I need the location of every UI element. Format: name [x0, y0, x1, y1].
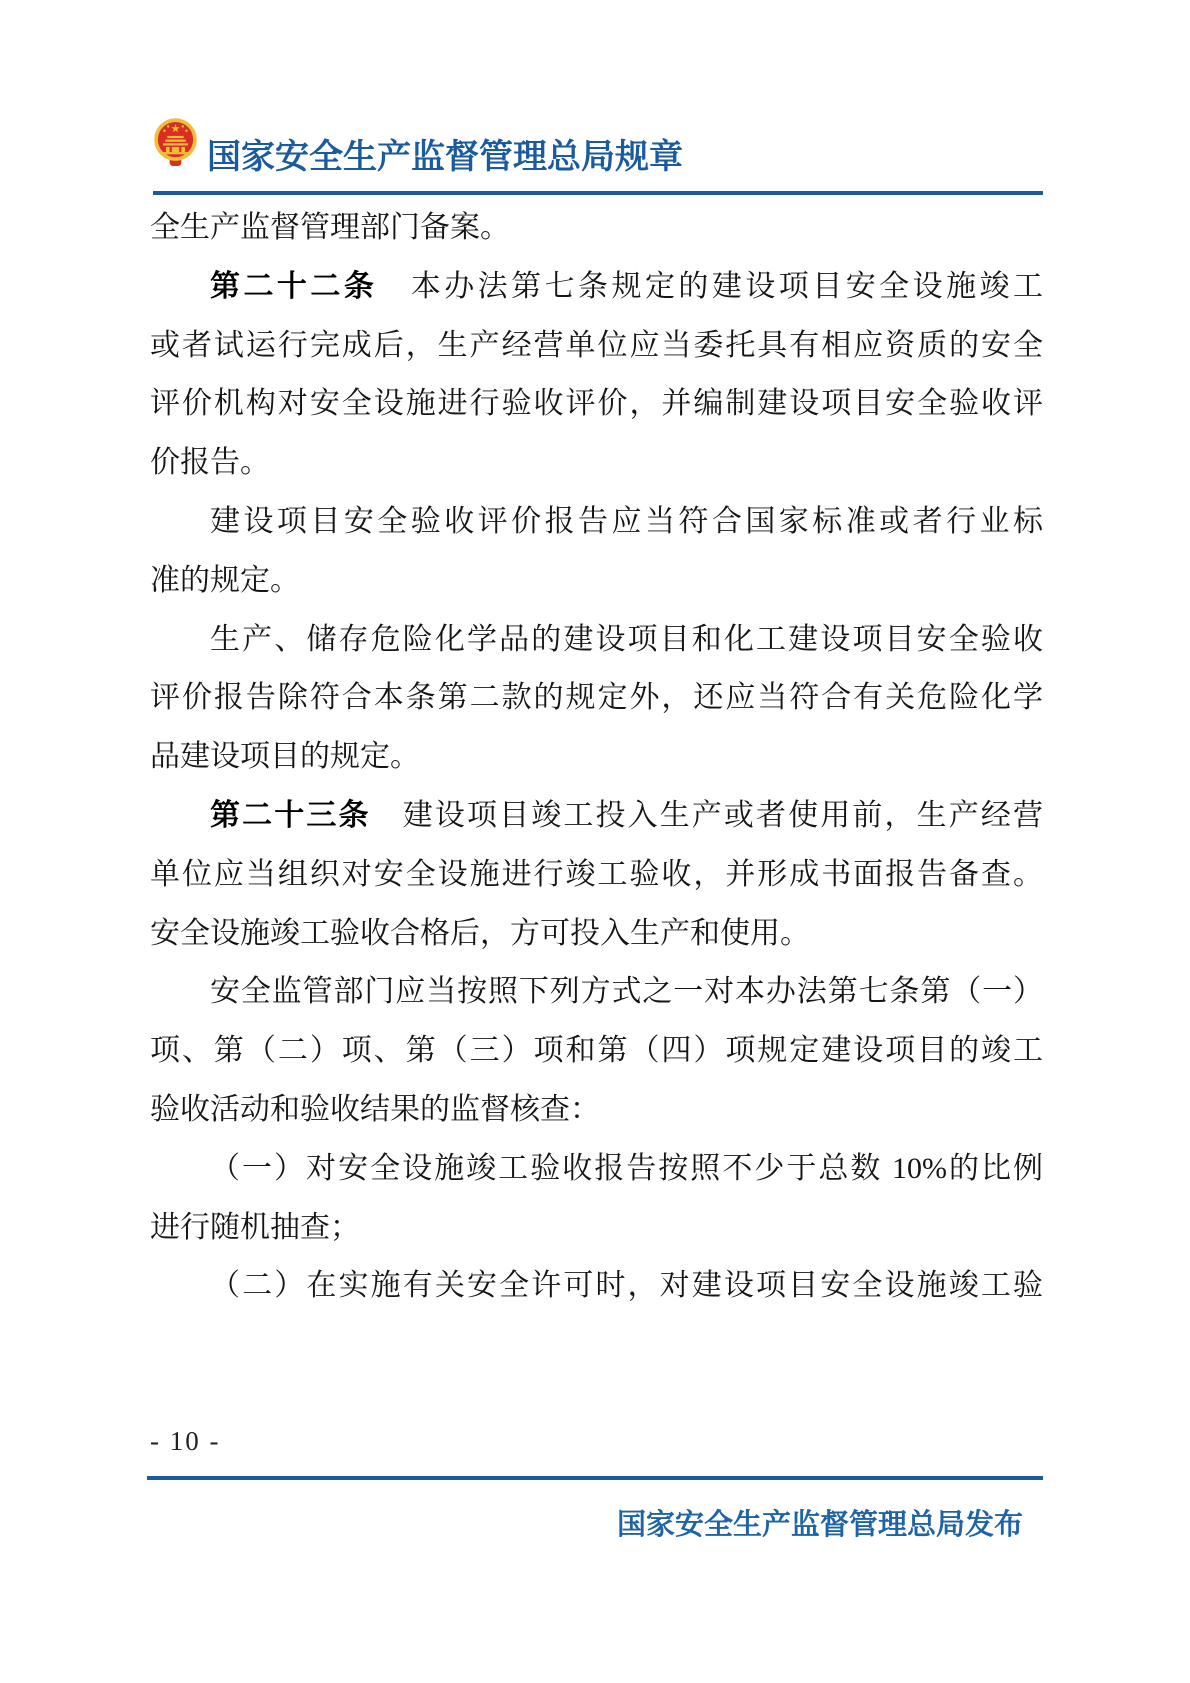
line-text: 安全监管部门应当按照下列方式之一对本办法第七条第（一） — [210, 975, 1043, 1008]
page-title: 国家安全生产监督管理总局规章 — [207, 129, 683, 178]
text-line: 品建设项目的规定。 — [150, 728, 1043, 787]
text-line: 评价机构对安全设施进行验收评价，并编制建设项目安全验收评 — [150, 375, 1043, 434]
text-line: 第二十二条 本办法第七条规定的建设项目安全设施竣工 — [150, 258, 1043, 317]
line-text: 评价报告除符合本条第二款的规定外，还应当符合有关危险化学 — [150, 681, 1043, 714]
text-line: 或者试运行完成后，生产经营单位应当委托具有相应资质的安全 — [150, 317, 1043, 376]
text-line: 项、第（二）项、第（三）项和第（四）项规定建设项目的竣工 — [150, 1022, 1043, 1081]
document-body: 全生产监督管理部门备案。第二十二条 本办法第七条规定的建设项目安全设施竣工或者试… — [150, 199, 1043, 1316]
line-text: 单位应当组织对安全设施进行竣工验收，并形成书面报告备查。 — [150, 858, 1043, 891]
text-line: 安全设施竣工验收合格后，方可投入生产和使用。 — [150, 905, 1043, 964]
footer-rule — [147, 1476, 1043, 1480]
line-text: （二）在实施有关安全许可时，对建设项目安全设施竣工验 — [210, 1269, 1043, 1302]
text-line: 进行随机抽查； — [150, 1199, 1043, 1258]
line-text: 建设项目安全验收评价报告应当符合国家标准或者行业标 — [210, 505, 1043, 538]
text-line: 验收活动和验收结果的监督核查： — [150, 1081, 1043, 1140]
article-number: 第二十三条 — [210, 799, 371, 832]
line-text: 本办法第七条规定的建设项目安全设施竣工 — [377, 270, 1043, 303]
line-text: 安全设施竣工验收合格后，方可投入生产和使用。 — [150, 917, 810, 950]
line-text: （一）对安全设施竣工验收报告按照不少于总数 10%的比例 — [210, 1152, 1043, 1185]
text-line: 生产、储存危险化学品的建设项目和化工建设项目安全验收 — [150, 611, 1043, 670]
article-number: 第二十二条 — [210, 270, 377, 303]
line-text: 品建设项目的规定。 — [150, 740, 420, 773]
text-line: 单位应当组织对安全设施进行竣工验收，并形成书面报告备查。 — [150, 846, 1043, 905]
text-line: 第二十三条 建设项目竣工投入生产或者使用前，生产经营 — [150, 787, 1043, 846]
text-line: 价报告。 — [150, 434, 1043, 493]
text-line: （一）对安全设施竣工验收报告按照不少于总数 10%的比例 — [150, 1140, 1043, 1199]
document-page: 国家安全生产监督管理总局规章 全生产监督管理部门备案。第二十二条 本办法第七条规… — [0, 0, 1190, 1683]
line-text: 生产、储存危险化学品的建设项目和化工建设项目安全验收 — [210, 623, 1043, 656]
text-line: 安全监管部门应当按照下列方式之一对本办法第七条第（一） — [150, 963, 1043, 1022]
text-line: 评价报告除符合本条第二款的规定外，还应当符合有关危险化学 — [150, 669, 1043, 728]
text-line: （二）在实施有关安全许可时，对建设项目安全设施竣工验 — [150, 1257, 1043, 1316]
line-text: 全生产监督管理部门备案。 — [150, 211, 510, 244]
text-line: 准的规定。 — [150, 552, 1043, 611]
line-text: 进行随机抽查； — [150, 1211, 360, 1244]
line-text: 或者试运行完成后，生产经营单位应当委托具有相应资质的安全 — [150, 329, 1043, 362]
publisher-label: 国家安全生产监督管理总局发布 — [617, 1502, 1023, 1543]
line-text: 建设项目竣工投入生产或者使用前，生产经营 — [371, 799, 1043, 832]
national-emblem-icon — [152, 117, 199, 171]
page-number: - 10 - — [150, 1426, 220, 1457]
line-text: 项、第（二）项、第（三）项和第（四）项规定建设项目的竣工 — [150, 1034, 1043, 1067]
line-text: 价报告。 — [150, 446, 270, 479]
line-text: 评价机构对安全设施进行验收评价，并编制建设项目安全验收评 — [150, 387, 1043, 420]
line-text: 验收活动和验收结果的监督核查： — [150, 1093, 600, 1126]
header-rule — [153, 191, 1043, 195]
line-text: 准的规定。 — [150, 564, 300, 597]
text-line: 全生产监督管理部门备案。 — [150, 199, 1043, 258]
text-line: 建设项目安全验收评价报告应当符合国家标准或者行业标 — [150, 493, 1043, 552]
